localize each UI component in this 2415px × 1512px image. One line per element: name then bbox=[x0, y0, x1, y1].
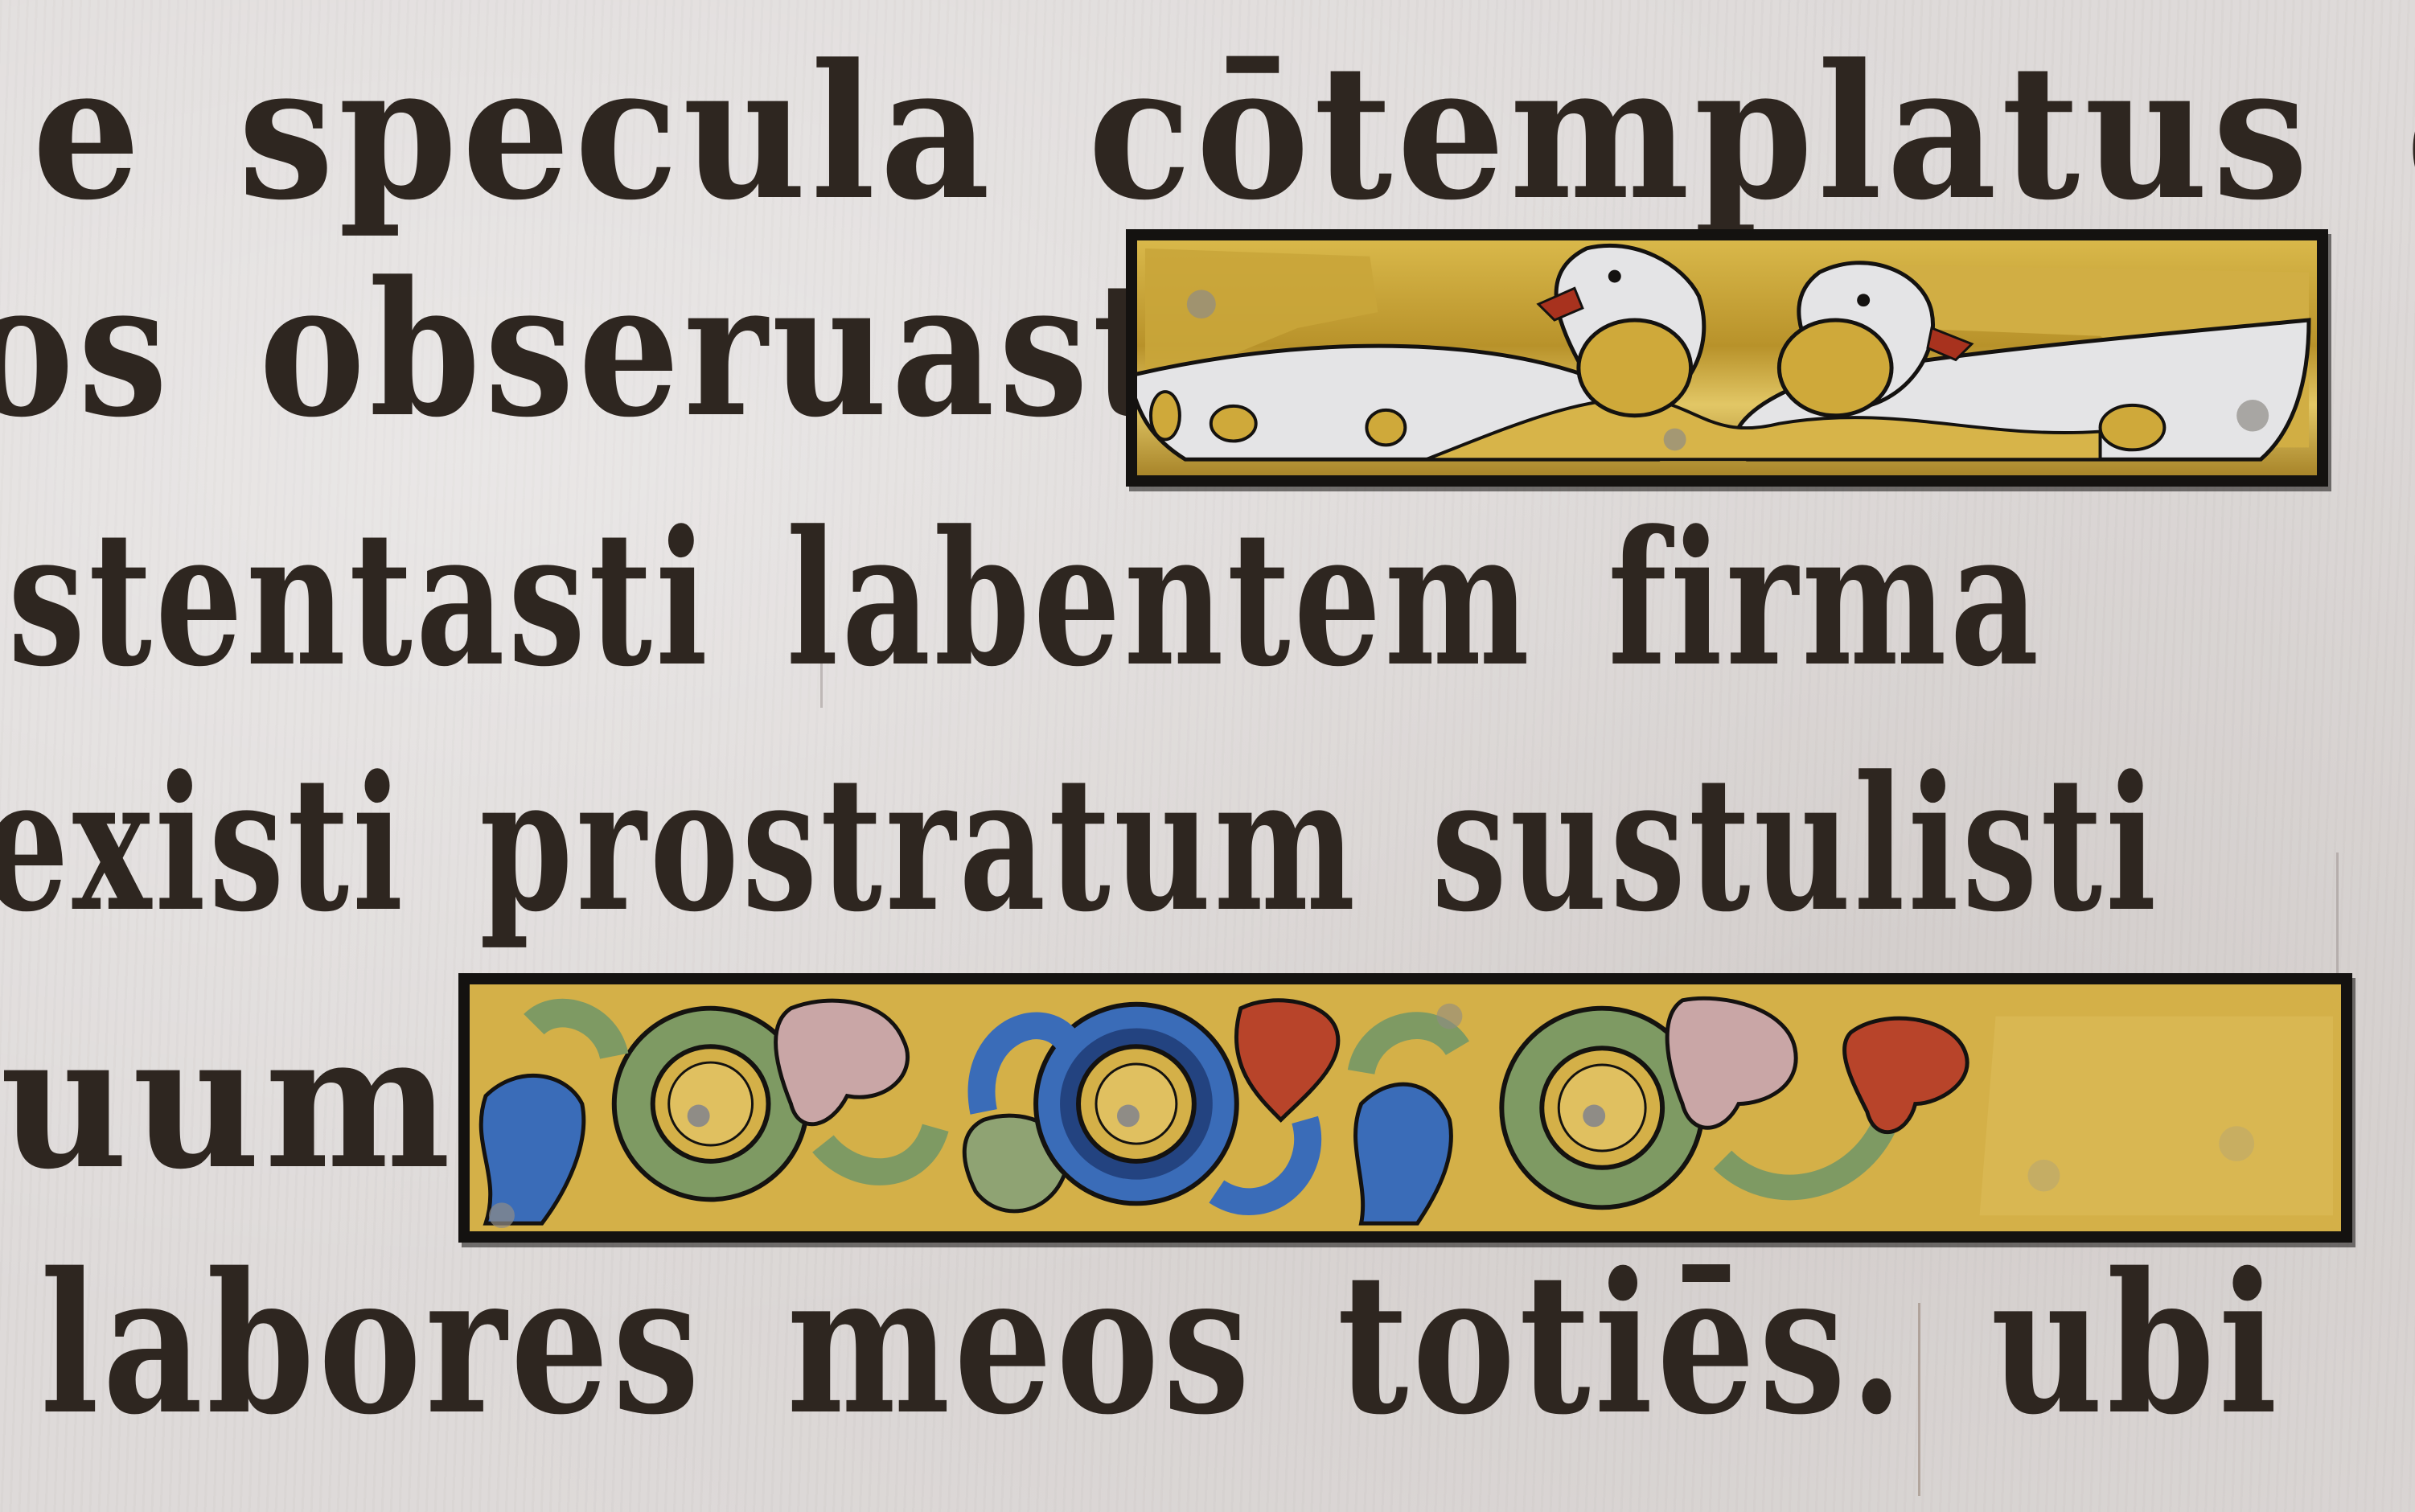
bird-line-filler-illumination bbox=[1126, 229, 2328, 487]
word: cōtemplatus bbox=[1088, 24, 2313, 241]
text-line-4: existi prostratum sustulisti bbox=[0, 736, 2183, 953]
word: meos bbox=[787, 1231, 1254, 1457]
word: obseruasti bbox=[259, 241, 1234, 458]
word: stentasti bbox=[8, 491, 711, 708]
text-line-2: os obseruasti bbox=[0, 241, 1263, 458]
word: labentem bbox=[787, 491, 1533, 708]
manuscript-page: e specula cōtemplatus es. os obseruasti bbox=[0, 0, 2415, 1512]
word: es. bbox=[2406, 24, 2415, 241]
paired-birds-icon bbox=[1137, 240, 2317, 475]
word: prostratum bbox=[479, 736, 1358, 953]
word: labores bbox=[40, 1231, 704, 1457]
word: e bbox=[32, 24, 145, 241]
text-line-6: labores meos totiēs. ubi bbox=[40, 1231, 2307, 1457]
foliate-line-filler-illumination bbox=[458, 973, 2352, 1243]
word: ubi bbox=[1990, 1231, 2281, 1457]
text-line-5: uum bbox=[0, 993, 486, 1210]
word: firma bbox=[1608, 491, 2043, 708]
word: sustulisti bbox=[1431, 736, 2159, 953]
word: os bbox=[0, 241, 172, 458]
word: uum bbox=[0, 993, 455, 1210]
word: existi bbox=[0, 736, 407, 953]
text-line-3: stentasti labentem firma bbox=[8, 491, 2066, 708]
word: specula bbox=[238, 24, 995, 241]
text-line-1: e specula cōtemplatus es. bbox=[32, 24, 2415, 241]
word: totiēs. bbox=[1337, 1231, 1908, 1457]
roundel-vine-ornament-icon bbox=[470, 984, 2341, 1231]
